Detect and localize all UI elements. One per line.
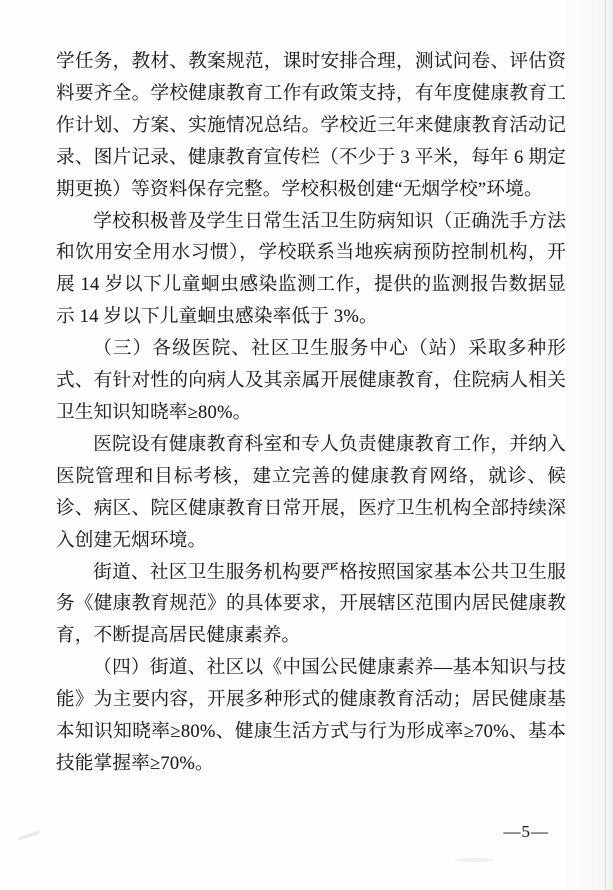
scanned-document-page: 学任务，教材、教案规范，课时安排合理，测试问卷、评估资料要齐全。学校健康教育工作… (0, 0, 613, 890)
paragraph: 学任务，教材、教案规范，课时安排合理，测试问卷、评估资料要齐全。学校健康教育工作… (56, 46, 566, 206)
paragraph: （三）各级医院、社区卫生服务中心（站）采取多种形式、有针对性的向病人及其亲属开展… (56, 333, 566, 429)
scan-smudge-artifact (18, 831, 40, 841)
paragraph: （四）街道、社区以《中国公民健康素养—基本知识与技能》为主要内容，开展多种形式的… (56, 652, 566, 780)
scan-edge-artifact (605, 0, 606, 890)
document-body: 学任务，教材、教案规范，课时安排合理，测试问卷、评估资料要齐全。学校健康教育工作… (56, 46, 566, 780)
page-number: —5— (504, 822, 550, 842)
paragraph: 街道、社区卫生服务机构要严格按照国家基本公共卫生服务《健康教育规范》的具体要求，… (56, 557, 566, 653)
scan-smudge-artifact (455, 858, 495, 862)
paragraph: 医院设有健康教育科室和专人负责健康教育工作，并纳入医院管理和目标考核，建立完善的… (56, 429, 566, 557)
paragraph: 学校积极普及学生日常生活卫生防病知识（正确洗手方法和饮用安全用水习惯），学校联系… (56, 206, 566, 334)
